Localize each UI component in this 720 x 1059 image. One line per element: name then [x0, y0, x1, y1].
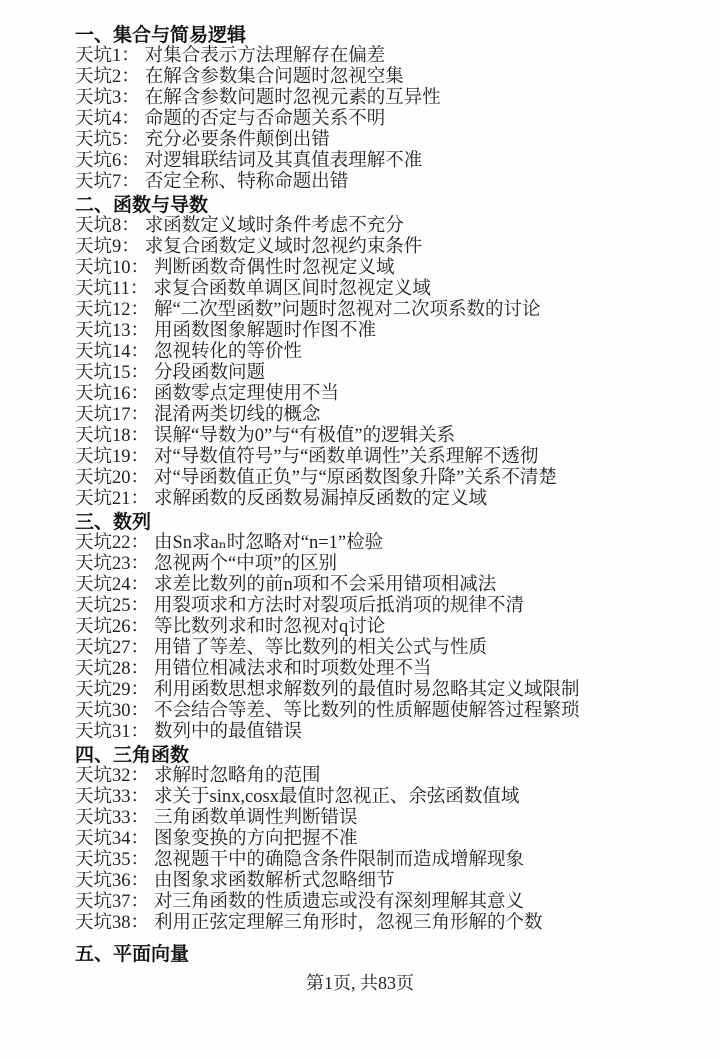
pitfall-text: 求解时忽略角的范围 — [154, 766, 321, 786]
pitfall-text: 在解含参数集合问题时忽视空集 — [145, 67, 404, 87]
pitfall-item: 天坑34：图象变换的方向把握不准 — [75, 829, 690, 850]
pitfall-text: 数列中的最值错误 — [154, 722, 302, 742]
pitfall-number: 天坑34： — [75, 829, 154, 849]
pitfall-number: 天坑20： — [75, 468, 154, 488]
pitfall-item: 天坑29：利用函数思想求解数列的最值时易忽略其定义域限制 — [75, 680, 690, 701]
pitfall-item: 天坑31：数列中的最值错误 — [75, 722, 690, 743]
pitfall-item: 天坑8：求函数定义域时条件考虑不充分 — [75, 216, 690, 237]
pitfall-number: 天坑35： — [75, 850, 154, 870]
sections-container: 一、集合与简易逻辑天坑1：对集合表示方法理解存在偏差天坑2：在解含参数集合问题时… — [75, 25, 690, 965]
pitfall-item: 天坑2：在解含参数集合问题时忽视空集 — [75, 67, 690, 88]
pitfall-item: 天坑10：判断函数奇偶性时忽视定义域 — [75, 258, 690, 279]
pitfall-item: 天坑25：用裂项求和方法时对裂项后抵消项的规律不清 — [75, 596, 690, 617]
pitfall-item: 天坑19：对“导数值符号”与“函数单调性”关系理解不透彻 — [75, 447, 690, 468]
pitfall-number: 天坑27： — [75, 638, 154, 658]
pitfall-text: 不会结合等差、等比数列的性质解题使解答过程繁琐 — [154, 701, 580, 721]
pitfall-item: 天坑6：对逻辑联结词及其真值表理解不准 — [75, 151, 690, 172]
pitfall-text: 对“导函数值正负”与“原函数图象升降”关系不清楚 — [154, 468, 557, 488]
pitfall-text: 在解含参数问题时忽视元素的互异性 — [145, 88, 441, 108]
pitfall-number: 天坑26： — [75, 617, 154, 637]
page-number-indicator: 第1页, 共83页 — [0, 972, 720, 994]
pitfall-number: 天坑17： — [75, 405, 154, 425]
pitfall-text: 解“二次型函数”问题时忽视对二次项系数的讨论 — [154, 300, 540, 320]
pitfall-text: 求复合函数单调区间时忽视定义域 — [153, 279, 431, 299]
pitfall-item: 天坑18：误解“导数为0”与“有极值”的逻辑关系 — [75, 426, 690, 447]
pitfall-item: 天坑26：等比数列求和时忽视对q讨论 — [75, 617, 690, 638]
pitfall-number: 天坑24： — [75, 575, 154, 595]
pitfall-number: 天坑21： — [75, 489, 154, 509]
pitfall-text: 误解“导数为0”与“有极值”的逻辑关系 — [154, 426, 455, 446]
pitfall-text: 图象变换的方向把握不准 — [154, 829, 358, 849]
pitfall-text: 忽视转化的等价性 — [154, 342, 302, 362]
pitfall-item: 天坑28：用错位相减法求和时项数处理不当 — [75, 659, 690, 680]
pitfall-number: 天坑32： — [75, 766, 154, 786]
pitfall-number: 天坑29： — [75, 680, 154, 700]
pitfall-text: 对逻辑联结词及其真值表理解不准 — [145, 151, 423, 171]
section-heading: 二、函数与导数 — [75, 195, 690, 216]
pitfall-number: 天坑14： — [75, 342, 154, 362]
pitfall-number: 天坑8： — [75, 216, 145, 236]
pitfall-item: 天坑15：分段函数问题 — [75, 363, 690, 384]
pitfall-number: 天坑25： — [75, 596, 154, 616]
pitfall-item: 天坑30：不会结合等差、等比数列的性质解题使解答过程繁琐 — [75, 701, 690, 722]
pitfall-item: 天坑14：忽视转化的等价性 — [75, 342, 690, 363]
pitfall-text: 对“导数值符号”与“函数单调性”关系理解不透彻 — [154, 447, 538, 467]
pitfall-item: 天坑32：求解时忽略角的范围 — [75, 766, 690, 787]
section: 三、数列天坑22：由Sn求aₙ时忽略对“n=1”检验天坑23：忽视两个“中项”的… — [75, 512, 690, 743]
pitfall-text: 由Sn求aₙ时忽略对“n=1”检验 — [154, 533, 383, 553]
pitfall-text: 用函数图象解题时作图不准 — [154, 321, 376, 341]
pitfall-number: 天坑5： — [75, 130, 145, 150]
pitfall-item: 天坑16：函数零点定理使用不当 — [75, 384, 690, 405]
pitfall-item: 天坑38：利用正弦定理解三角形时，忽视三角形解的个数 — [75, 913, 690, 934]
pitfall-text: 忽视两个“中项”的区别 — [154, 554, 337, 574]
pitfall-item: 天坑11：求复合函数单调区间时忽视定义域 — [75, 279, 690, 300]
pitfall-text: 分段函数问题 — [154, 363, 265, 383]
pitfall-item: 天坑27：用错了等差、等比数列的相关公式与性质 — [75, 638, 690, 659]
pitfall-item: 天坑9：求复合函数定义域时忽视约束条件 — [75, 237, 690, 258]
pitfall-number: 天坑15： — [75, 363, 154, 383]
pitfall-item: 天坑1：对集合表示方法理解存在偏差 — [75, 46, 690, 67]
section-heading: 四、三角函数 — [75, 745, 690, 766]
pitfall-item: 天坑21：求解函数的反函数易漏掉反函数的定义域 — [75, 489, 690, 510]
pitfall-text: 求关于sinx,cosx最值时忽视正、余弦函数值域 — [154, 787, 519, 807]
pitfall-text: 判断函数奇偶性时忽视定义域 — [154, 258, 395, 278]
pitfall-number: 天坑4： — [75, 109, 145, 129]
pitfall-item: 天坑23：忽视两个“中项”的区别 — [75, 554, 690, 575]
pitfall-item: 天坑13：用函数图象解题时作图不准 — [75, 321, 690, 342]
pitfall-text: 求函数定义域时条件考虑不充分 — [145, 216, 404, 236]
pitfall-item: 天坑5：充分必要条件颠倒出错 — [75, 130, 690, 151]
pitfall-text: 忽视题干中的确隐含条件限制而造成增解现象 — [154, 850, 524, 870]
section-heading: 三、数列 — [75, 512, 690, 533]
document-page: 一、集合与简易逻辑天坑1：对集合表示方法理解存在偏差天坑2：在解含参数集合问题时… — [0, 0, 720, 1059]
pitfall-text: 求差比数列的前n项和不会采用错项相减法 — [154, 575, 496, 595]
pitfall-text: 用裂项求和方法时对裂项后抵消项的规律不清 — [154, 596, 524, 616]
pitfall-text: 函数零点定理使用不当 — [154, 384, 339, 404]
pitfall-item: 天坑20：对“导函数值正负”与“原函数图象升降”关系不清楚 — [75, 468, 690, 489]
pitfall-number: 天坑16： — [75, 384, 154, 404]
section-heading: 一、集合与简易逻辑 — [75, 25, 690, 46]
pitfall-number: 天坑2： — [75, 67, 145, 87]
pitfall-number: 天坑33： — [75, 787, 154, 807]
pitfall-text: 用错了等差、等比数列的相关公式与性质 — [154, 638, 487, 658]
pitfall-number: 天坑23： — [75, 554, 154, 574]
pitfall-text: 用错位相减法求和时项数处理不当 — [154, 659, 432, 679]
pitfall-number: 天坑10： — [75, 258, 154, 278]
pitfall-item: 天坑12：解“二次型函数”问题时忽视对二次项系数的讨论 — [75, 300, 690, 321]
pitfall-number: 天坑22： — [75, 533, 154, 553]
pitfall-number: 天坑31： — [75, 722, 154, 742]
pitfall-item: 天坑33：求关于sinx,cosx最值时忽视正、余弦函数值域 — [75, 787, 690, 808]
pitfall-text: 利用正弦定理解三角形时，忽视三角形解的个数 — [154, 913, 543, 933]
pitfall-number: 天坑1： — [75, 46, 145, 66]
section-heading: 五、平面向量 — [75, 944, 690, 965]
pitfall-number: 天坑38： — [75, 913, 154, 933]
pitfall-text: 等比数列求和时忽视对q讨论 — [154, 617, 385, 637]
pitfall-number: 天坑13： — [75, 321, 154, 341]
pitfall-number: 天坑7： — [75, 172, 145, 192]
pitfall-text: 由图象求函数解析式忽略细节 — [154, 871, 395, 891]
section: 二、函数与导数天坑8：求函数定义域时条件考虑不充分天坑9：求复合函数定义域时忽视… — [75, 195, 690, 510]
section: 四、三角函数天坑32：求解时忽略角的范围天坑33：求关于sinx,cosx最值时… — [75, 745, 690, 934]
section: 一、集合与简易逻辑天坑1：对集合表示方法理解存在偏差天坑2：在解含参数集合问题时… — [75, 25, 690, 193]
pitfall-text: 混淆两类切线的概念 — [154, 405, 321, 425]
pitfall-item: 天坑4：命题的否定与否命题关系不明 — [75, 109, 690, 130]
pitfall-number: 天坑30： — [75, 701, 154, 721]
pitfall-number: 天坑36： — [75, 871, 154, 891]
pitfall-number: 天坑28： — [75, 659, 154, 679]
pitfall-item: 天坑3：在解含参数问题时忽视元素的互异性 — [75, 88, 690, 109]
pitfall-text: 否定全称、特称命题出错 — [145, 172, 349, 192]
pitfall-number: 天坑11： — [75, 279, 153, 299]
pitfall-text: 三角函数单调性判断错误 — [154, 808, 358, 828]
pitfall-text: 充分必要条件颠倒出错 — [145, 130, 330, 150]
pitfall-text: 对集合表示方法理解存在偏差 — [145, 46, 386, 66]
pitfall-number: 天坑18： — [75, 426, 154, 446]
pitfall-text: 求复合函数定义域时忽视约束条件 — [145, 237, 423, 257]
pitfall-item: 天坑7：否定全称、特称命题出错 — [75, 172, 690, 193]
pitfall-number: 天坑33： — [75, 808, 154, 828]
section: 五、平面向量 — [75, 944, 690, 965]
pitfall-item: 天坑35：忽视题干中的确隐含条件限制而造成增解现象 — [75, 850, 690, 871]
pitfall-item: 天坑24：求差比数列的前n项和不会采用错项相减法 — [75, 575, 690, 596]
pitfall-number: 天坑6： — [75, 151, 145, 171]
pitfall-text: 利用函数思想求解数列的最值时易忽略其定义域限制 — [154, 680, 580, 700]
pitfall-item: 天坑33：三角函数单调性判断错误 — [75, 808, 690, 829]
pitfall-number: 天坑9： — [75, 237, 145, 257]
pitfall-text: 对三角函数的性质遗忘或没有深刻理解其意义 — [154, 892, 524, 912]
pitfall-item: 天坑36：由图象求函数解析式忽略细节 — [75, 871, 690, 892]
pitfall-number: 天坑3： — [75, 88, 145, 108]
pitfall-item: 天坑17：混淆两类切线的概念 — [75, 405, 690, 426]
pitfall-number: 天坑12： — [75, 300, 154, 320]
pitfall-text: 命题的否定与否命题关系不明 — [145, 109, 386, 129]
pitfall-item: 天坑22：由Sn求aₙ时忽略对“n=1”检验 — [75, 533, 690, 554]
pitfall-number: 天坑37： — [75, 892, 154, 912]
pitfall-number: 天坑19： — [75, 447, 154, 467]
pitfall-item: 天坑37：对三角函数的性质遗忘或没有深刻理解其意义 — [75, 892, 690, 913]
pitfall-text: 求解函数的反函数易漏掉反函数的定义域 — [154, 489, 487, 509]
